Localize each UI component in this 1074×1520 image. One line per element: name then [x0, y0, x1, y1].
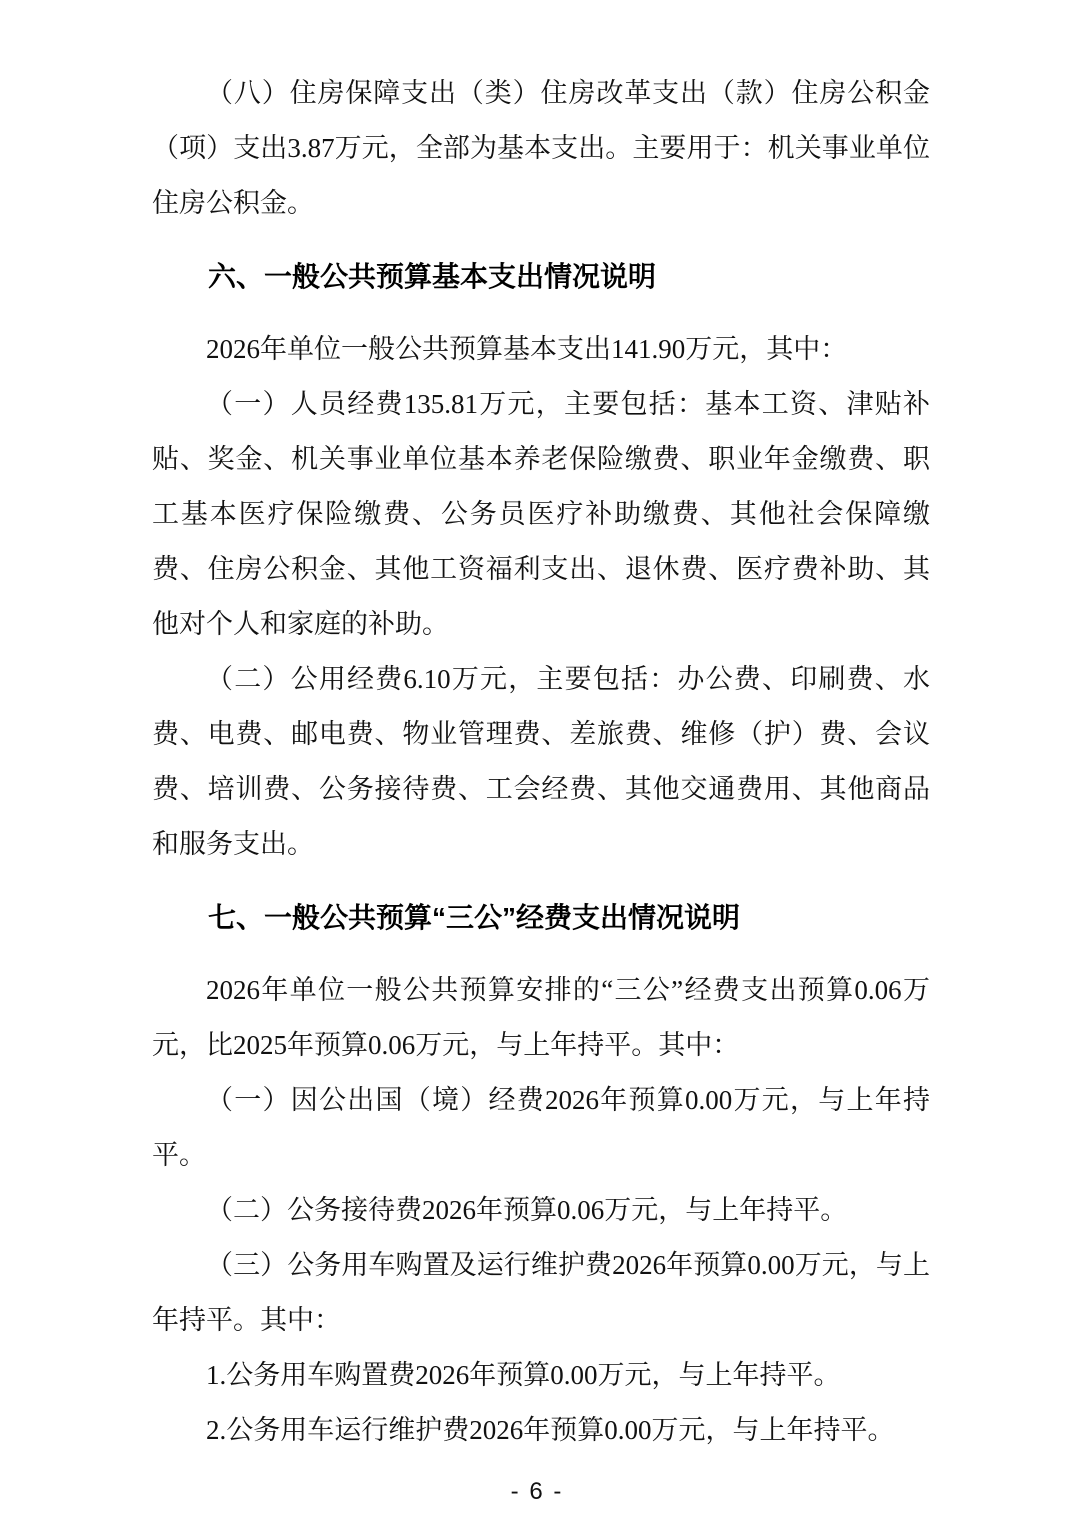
paragraph-vehicle-operation-expense: 2.公务用车运行维护费2026年预算0.00万元，与上年持平。 — [152, 1403, 930, 1458]
section-heading-six: 六、一般公共预算基本支出情况说明 — [152, 249, 930, 304]
paragraph-vehicle-purchase-expense: 1.公务用车购置费2026年预算0.00万元，与上年持平。 — [152, 1348, 930, 1403]
paragraph-official-reception-expense: （二）公务接待费2026年预算0.06万元，与上年持平。 — [152, 1183, 930, 1238]
paragraph-housing-security-expense: （八）住房保障支出（类）住房改革支出（款）住房公积金（项）支出3.87万元，全部… — [152, 66, 930, 231]
paragraph-public-expense: （二）公用经费6.10万元，主要包括：办公费、印刷费、水费、电费、邮电费、物业管… — [152, 652, 930, 872]
paragraph-personnel-expense: （一）人员经费135.81万元，主要包括：基本工资、津贴补贴、奖金、机关事业单位… — [152, 377, 930, 652]
paragraph-vehicle-expense-total: （三）公务用车购置及运行维护费2026年预算0.00万元，与上年持平。其中： — [152, 1238, 930, 1348]
section-heading-seven: 七、一般公共预算“三公”经费支出情况说明 — [152, 890, 930, 945]
paragraph-three-public-total: 2026年单位一般公共预算安排的“三公”经费支出预算0.06万元，比2025年预… — [152, 963, 930, 1073]
paragraph-overseas-trip-expense: （一）因公出国（境）经费2026年预算0.00万元，与上年持平。 — [152, 1073, 930, 1183]
paragraph-basic-expense-total: 2026年单位一般公共预算基本支出141.90万元，其中： — [152, 322, 930, 377]
page-number: - 6 - — [0, 1478, 1074, 1506]
document-page: （八）住房保障支出（类）住房改革支出（款）住房公积金（项）支出3.87万元，全部… — [0, 0, 1074, 1520]
document-body: （八）住房保障支出（类）住房改革支出（款）住房公积金（项）支出3.87万元，全部… — [152, 66, 930, 1458]
